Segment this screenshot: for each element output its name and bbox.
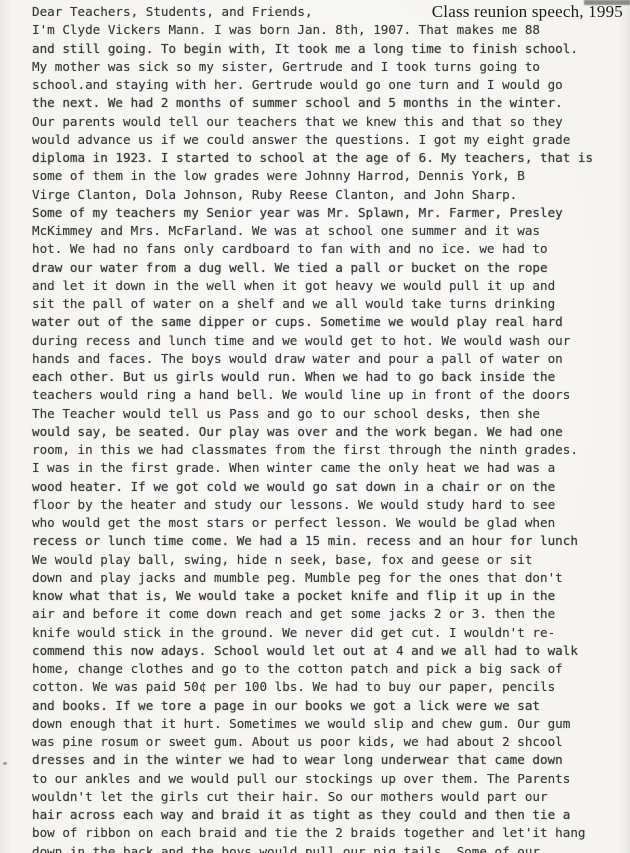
text-line: was pine rosum or sweet gum. About us po… (32, 733, 617, 751)
text-line: hot. We had no fans only cardboard to fa… (32, 240, 617, 258)
text-line: I was in the first grade. When winter ca… (32, 459, 617, 477)
text-line: wouldn't let the girls cut their hair. S… (32, 788, 617, 806)
text-line: down enough that it hurt. Sometimes we w… (32, 715, 617, 733)
text-line: sit the pall of water on a shelf and we … (32, 295, 617, 313)
text-line: McKimmey and Mrs. McFarland. We was at s… (32, 222, 617, 240)
text-line: room, in this we had classmates from the… (32, 441, 617, 459)
text-line: to our ankles and we would pull our stoc… (32, 770, 617, 788)
text-line: home, change clothes and go to the cotto… (32, 660, 617, 678)
text-line: and still going. To begin with, It took … (32, 40, 617, 58)
text-line: would say, be seated. Our play was over … (32, 423, 617, 441)
text-line: cotton. We was paid 50¢ per 100 lbs. We … (32, 678, 617, 696)
text-line: Virge Clanton, Dola Johnson, Ruby Reese … (32, 186, 617, 204)
text-line: Our parents would tell our teachers that… (32, 113, 617, 131)
text-line: draw our water from a dug well. We tied … (32, 259, 617, 277)
text-line: I'm Clyde Vickers Mann. I was born Jan. … (32, 21, 617, 39)
text-line: air and before it come down reach and ge… (32, 605, 617, 623)
text-line: knife would stick in the ground. We neve… (32, 624, 617, 642)
text-line: down and play jacks and mumble peg. Mumb… (32, 569, 617, 587)
page-container: Class reunion speech, 1995 Dear Teachers… (0, 0, 630, 853)
text-line: school.and staying with her. Gertrude wo… (32, 76, 617, 94)
text-line: commend this now adays. School would let… (32, 642, 617, 660)
text-line: the next. We had 2 months of summer scho… (32, 94, 617, 112)
text-line: wood heater. If we got cold we would go … (32, 478, 617, 496)
text-line: We would play ball, swing, hide n seek, … (32, 551, 617, 569)
text-line: dresses and in the winter we had to wear… (32, 751, 617, 769)
text-line: each other. But us girls would run. When… (32, 368, 617, 386)
text-line: The Teacher would tell us Pass and go to… (32, 405, 617, 423)
text-line: bow of ribbon on each braid and tie the … (32, 824, 617, 842)
scan-speck-artifact (3, 762, 7, 765)
text-line: Some of my teachers my Senior year was M… (32, 204, 617, 222)
text-line: and books. If we tore a page in our book… (32, 697, 617, 715)
text-line: floor by the heater and study our lesson… (32, 496, 617, 514)
scanned-document-page: { "colors": { "paper": "#f5f4f1", "ink":… (0, 0, 630, 853)
text-line: recess or lunch time come. We had a 15 m… (32, 532, 617, 550)
text-line: My mother was sick so my sister, Gertrud… (32, 58, 617, 76)
text-line: hands and faces. The boys would draw wat… (32, 350, 617, 368)
text-line: diploma in 1923. I started to school at … (32, 149, 617, 167)
text-line: during recess and lunch time and we woul… (32, 332, 617, 350)
text-line: water out of the same dipper or cups. So… (32, 313, 617, 331)
text-line: who would get the most stars or perfect … (32, 514, 617, 532)
speech-body: Dear Teachers, Students, and Friends,I'm… (32, 3, 617, 853)
text-line: and let it down in the well when it got … (32, 277, 617, 295)
text-line: some of them in the low grades were John… (32, 167, 617, 185)
text-line: know what that is, We would take a pocke… (32, 587, 617, 605)
text-line: down in the back and the boys would pull… (32, 843, 617, 853)
text-line: hair across each way and braid it as tig… (32, 806, 617, 824)
text-line: Dear Teachers, Students, and Friends, (32, 3, 617, 21)
text-line: would advance us if we could answer the … (32, 131, 617, 149)
text-line: teachers would ring a hand bell. We woul… (32, 386, 617, 404)
